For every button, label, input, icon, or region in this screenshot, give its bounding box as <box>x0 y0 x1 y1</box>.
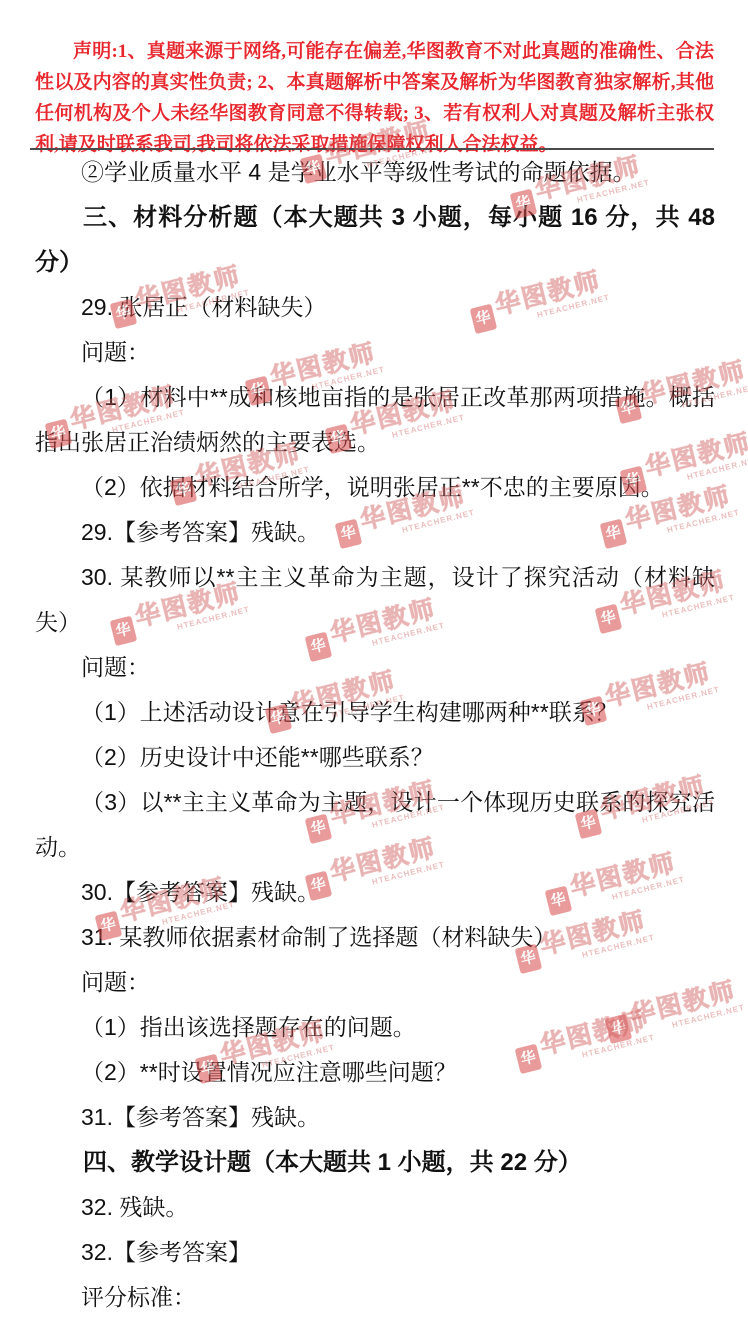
paragraph: （2）历史设计中还能**哪些联系？ <box>35 735 715 780</box>
paragraph: ②学业质量水平 4 是学业水平等级性考试的命题依据。 <box>35 150 715 195</box>
paragraph: 问题： <box>35 645 715 690</box>
scanned-exam-page: 声明:1、真题来源于网络,可能存在偏差,华图教育不对此真题的准确性、合法性以及内… <box>0 0 748 1335</box>
paragraph: 31. 某教师依据素材命制了选择题（材料缺失） <box>35 915 715 960</box>
copyright-disclaimer: 声明:1、真题来源于网络,可能存在偏差,华图教育不对此真题的准确性、合法性以及内… <box>35 36 714 160</box>
paragraph: 问题： <box>35 960 715 1005</box>
paragraph: （1）材料中**成和核地亩指的是张居正改革那两项措施。概括指出张居正治绩炳然的主… <box>35 375 715 465</box>
paragraph: 29.【参考答案】残缺。 <box>35 510 715 555</box>
paragraph: （2）依据材料结合所学，说明张居正**不忠的主要原因。 <box>35 465 715 510</box>
paragraph: 评分标准： <box>35 1275 715 1320</box>
paragraph: （3）以**主主义革命为主题，设计一个体现历史联系的探究活动。 <box>35 780 715 870</box>
paragraph: 30. 某教师以**主主义革命为主题，设计了探究活动（材料缺失） <box>35 555 715 645</box>
paragraph: （1）上述活动设计意在引导学生构建哪两种**联系？ <box>35 690 715 735</box>
section-header: 三、材料分析题（本大题共 3 小题，每小题 16 分，共 48 分） <box>35 195 715 285</box>
paragraph: （2）**时设置情况应注意哪些问题？ <box>35 1050 715 1095</box>
document-body: ②学业质量水平 4 是学业水平等级性考试的命题依据。三、材料分析题（本大题共 3… <box>35 150 715 1320</box>
paragraph: 32. 残缺。 <box>35 1185 715 1230</box>
paragraph: 32.【参考答案】 <box>35 1230 715 1275</box>
section-header: 四、教学设计题（本大题共 1 小题，共 22 分） <box>35 1140 715 1185</box>
paragraph: （1）指出该选择题存在的问题。 <box>35 1005 715 1050</box>
paragraph: 31.【参考答案】残缺。 <box>35 1095 715 1140</box>
paragraph: 30.【参考答案】残缺。 <box>35 870 715 915</box>
paragraph: 29. 张居正（材料缺失） <box>35 285 715 330</box>
paragraph: 问题： <box>35 330 715 375</box>
